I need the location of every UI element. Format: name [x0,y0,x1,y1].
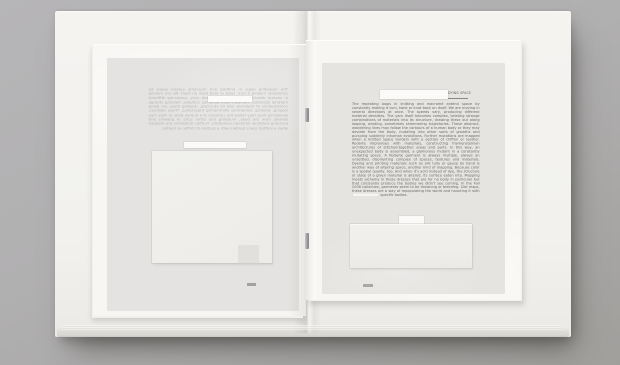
section-heading: DYING SPACE [448,91,471,95]
paper-patch [238,245,259,265]
showthrough-text: The repeating loops in knitting and macr… [149,87,289,130]
redaction-strip [399,216,424,224]
booklet-page-right: DYING SPACE The repeating loops in knitt… [306,40,521,300]
redaction-strip [380,90,448,99]
book-cover-edge [57,328,569,337]
redaction-strip [353,193,379,196]
essay-text-end: specific bodies. [380,193,407,197]
redaction-strip [184,142,246,148]
staple [305,233,309,249]
blank-image-rect [350,224,472,268]
caption-mark [363,284,373,287]
staple [305,108,309,122]
essay-text: The repeating loops in knitting and macr… [352,102,480,197]
redaction-strip [208,96,252,102]
open-book-photograph: The repeating loops in knitting and macr… [0,0,620,365]
caption-mark [247,283,256,286]
book: The repeating loops in knitting and macr… [55,11,571,337]
left-page-print-area: The repeating loops in knitting and macr… [107,58,299,311]
booklet-page-left: The repeating loops in knitting and macr… [93,44,306,316]
essay-text-main: The repeating loops in knitting and macr… [352,102,480,193]
right-page-print-area: DYING SPACE The repeating loops in knitt… [322,63,505,294]
heading-underline [448,98,468,99]
essay-text-block: The repeating loops in knitting and macr… [352,102,482,208]
blank-image-square [152,151,272,263]
